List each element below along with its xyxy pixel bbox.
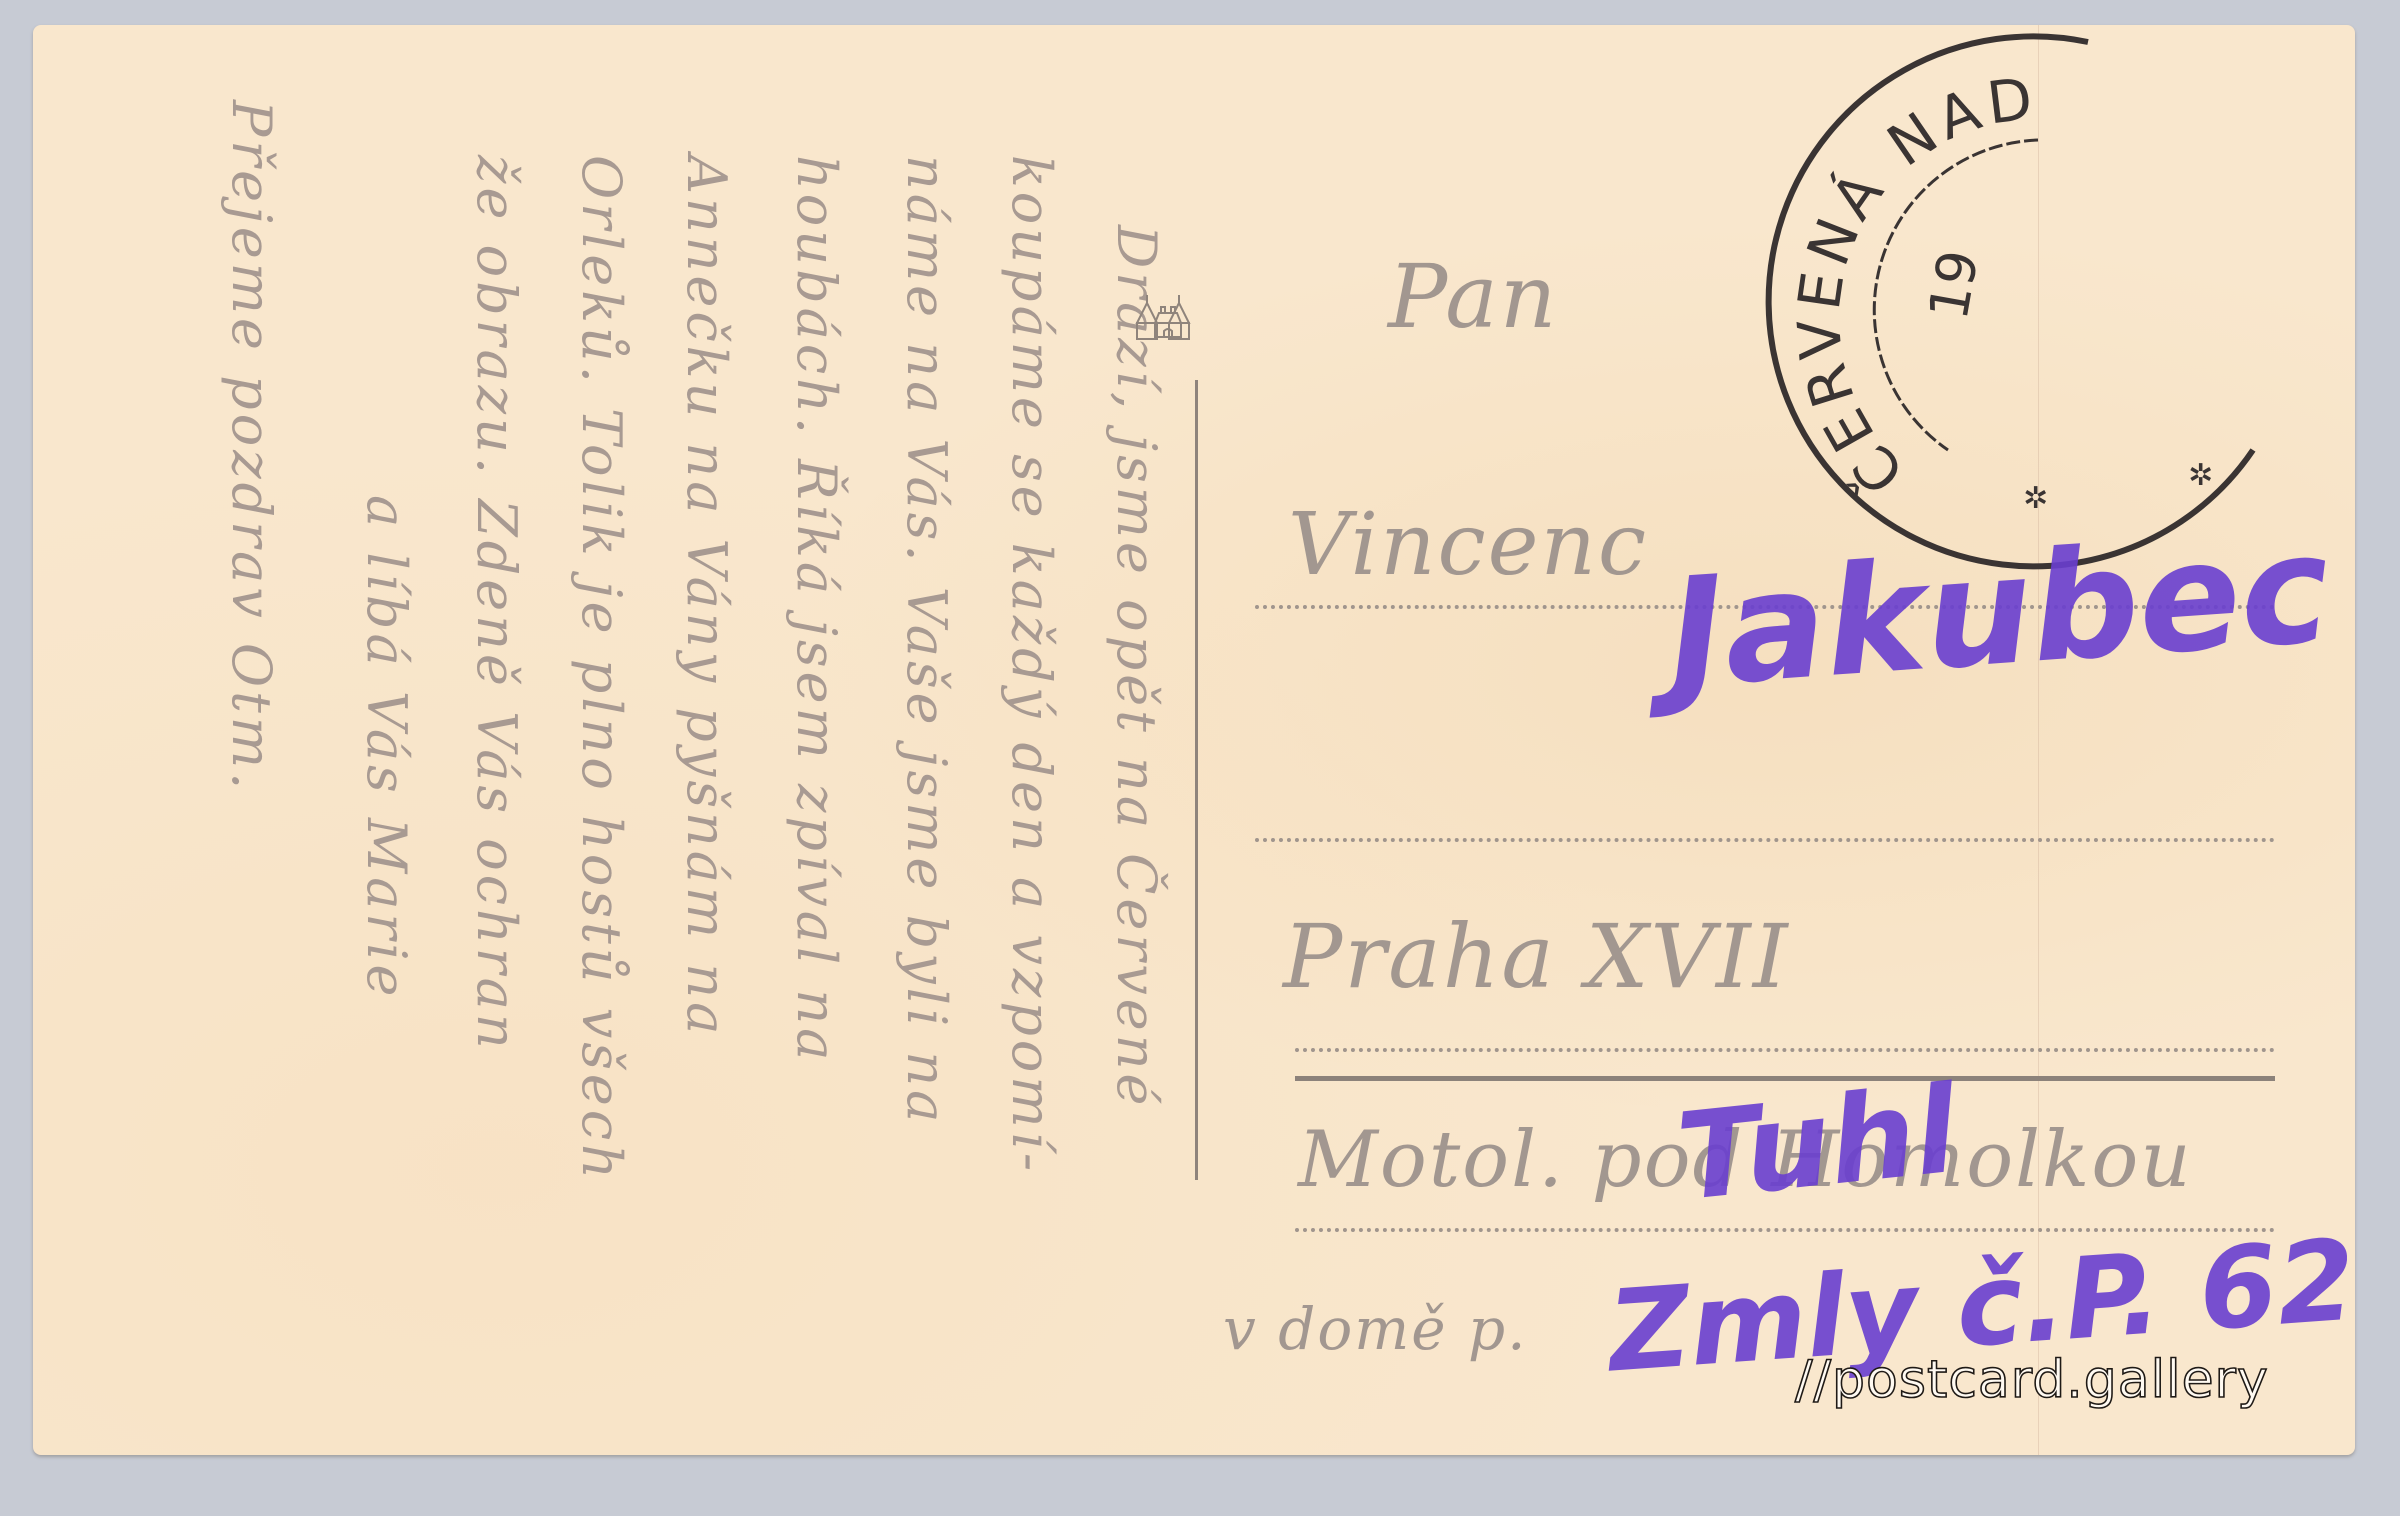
message-line: náme na Vás. Vaše jsme byli na xyxy=(895,155,958,1126)
postmark-stamp: ČERVENÁ NAD 19 ✲ ✲ xyxy=(1758,30,2318,590)
postmark-date: 19 xyxy=(1917,246,1991,325)
address-line xyxy=(1255,838,2275,842)
address-line xyxy=(1295,1048,2275,1052)
postmark-star-icon: ✲ xyxy=(2023,481,2048,516)
address-salutation: Pan xyxy=(1388,245,1558,348)
message-line: Annečku na Vány pyšnám na xyxy=(675,155,738,1038)
message-line: a líbá Vás Marie xyxy=(355,495,418,1000)
message-line: Orleků. Tolik je plno hostů všech xyxy=(570,155,633,1183)
watermark: //postcard.gallery xyxy=(1795,1350,2269,1410)
message-line: Přejeme pozdrav Otm. xyxy=(220,100,283,793)
message-line: Drazí, jsme opět na Červené xyxy=(1105,225,1168,1109)
ink-overwrite-1: Tuhl xyxy=(1671,1061,1962,1228)
message-line: houbách. Říká jsem zpíval na xyxy=(785,155,848,1064)
address-name: Vincenc xyxy=(1288,495,1648,595)
address-city: Praha XVII xyxy=(1283,905,1790,1008)
message-line: koupáme se každý den a vzpomí- xyxy=(1000,155,1063,1175)
message-address-divider xyxy=(1195,380,1198,1180)
castle-icon xyxy=(1133,285,1193,345)
postmark-text: ČERVENÁ NAD xyxy=(1784,64,2042,508)
svg-text:ČERVENÁ NAD: ČERVENÁ NAD xyxy=(1784,64,2042,508)
postmark-star-icon: ✲ xyxy=(2188,458,2213,493)
address-house: v domě p. xyxy=(1223,1295,1528,1363)
message-line: že obrazu. Zdeně Vás ochran xyxy=(465,155,528,1053)
postcard: Drazí, jsme opět na Červené koupáme se k… xyxy=(33,25,2355,1455)
